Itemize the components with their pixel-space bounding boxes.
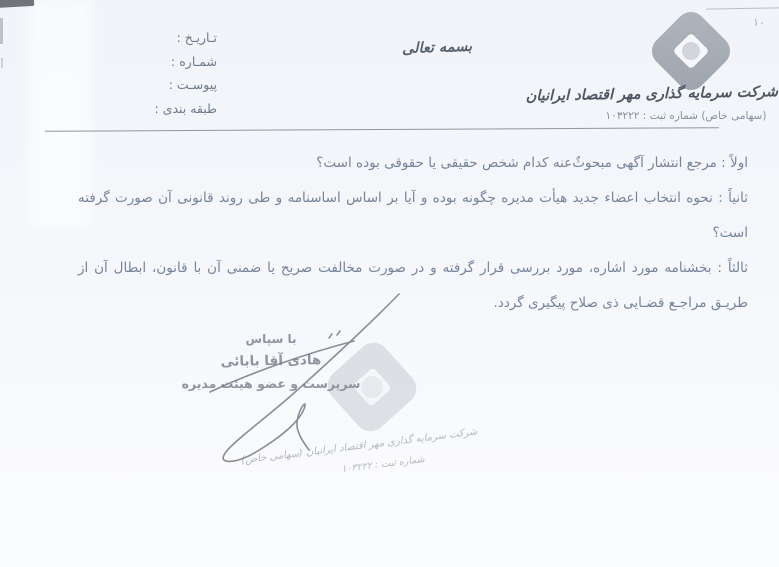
bismillah-text: بسمه تعالی: [382, 38, 492, 58]
paragraph-second: ثانیاً : نحوه انتخاب اعضاء جدید هیأت مدی…: [78, 181, 748, 251]
letterhead-meta-fields: تـاریـخ : شمـاره : پیوسـت : طبقه بندی :: [95, 26, 217, 120]
stamp-registration-number: شماره ثبت : ۱۰۳۲۲۲: [328, 452, 439, 476]
stamp-company-name: شرکت سرمایه گذاری مهر اقتصاد ایرانیان (س…: [288, 426, 478, 460]
company-logo-icon: [646, 6, 737, 97]
paragraph-third: ثالثاً : بخشنامه مورد اشاره، مورد بررسی …: [78, 251, 748, 321]
date-field-label: تـاریـخ :: [95, 26, 217, 50]
company-registration: (سهامی خاص) شماره ثبت : ۱۰۳۲۲۲: [596, 110, 776, 122]
signature-block: با سپاس هادی آقا بابائی سرپرست و عضو هیئ…: [178, 332, 364, 391]
scan-edge-speck: [0, 18, 3, 44]
handwritten-corner-mark: ۱۰: [744, 15, 775, 30]
signatory-title: سرپرست و عضو هیئت مدیره: [178, 376, 364, 391]
scan-edge-line: [706, 7, 779, 9]
attachment-field-label: پیوسـت :: [95, 73, 217, 97]
header-divider: [45, 127, 719, 132]
paragraph-first: اولاً : مرجع انتشار آگهی مبحوثٌ‌عنه کدام…: [78, 146, 748, 181]
scan-edge-speck: [1, 58, 3, 68]
signature-salutation: با سپاس: [178, 332, 364, 346]
scanned-letter-page: ۱۰ تـاریـخ : شمـاره : پیوسـت : طبقه بندی…: [0, 0, 779, 567]
signatory-name: هادی آقا بابائی: [178, 351, 364, 370]
classification-field-label: طبقه بندی :: [95, 97, 217, 121]
number-field-label: شمـاره :: [95, 50, 217, 74]
company-name: شرکت سرمایه گذاری مهر اقتصاد ایرانیان: [568, 84, 778, 104]
letter-body: اولاً : مرجع انتشار آگهی مبحوثٌ‌عنه کدام…: [78, 146, 748, 321]
